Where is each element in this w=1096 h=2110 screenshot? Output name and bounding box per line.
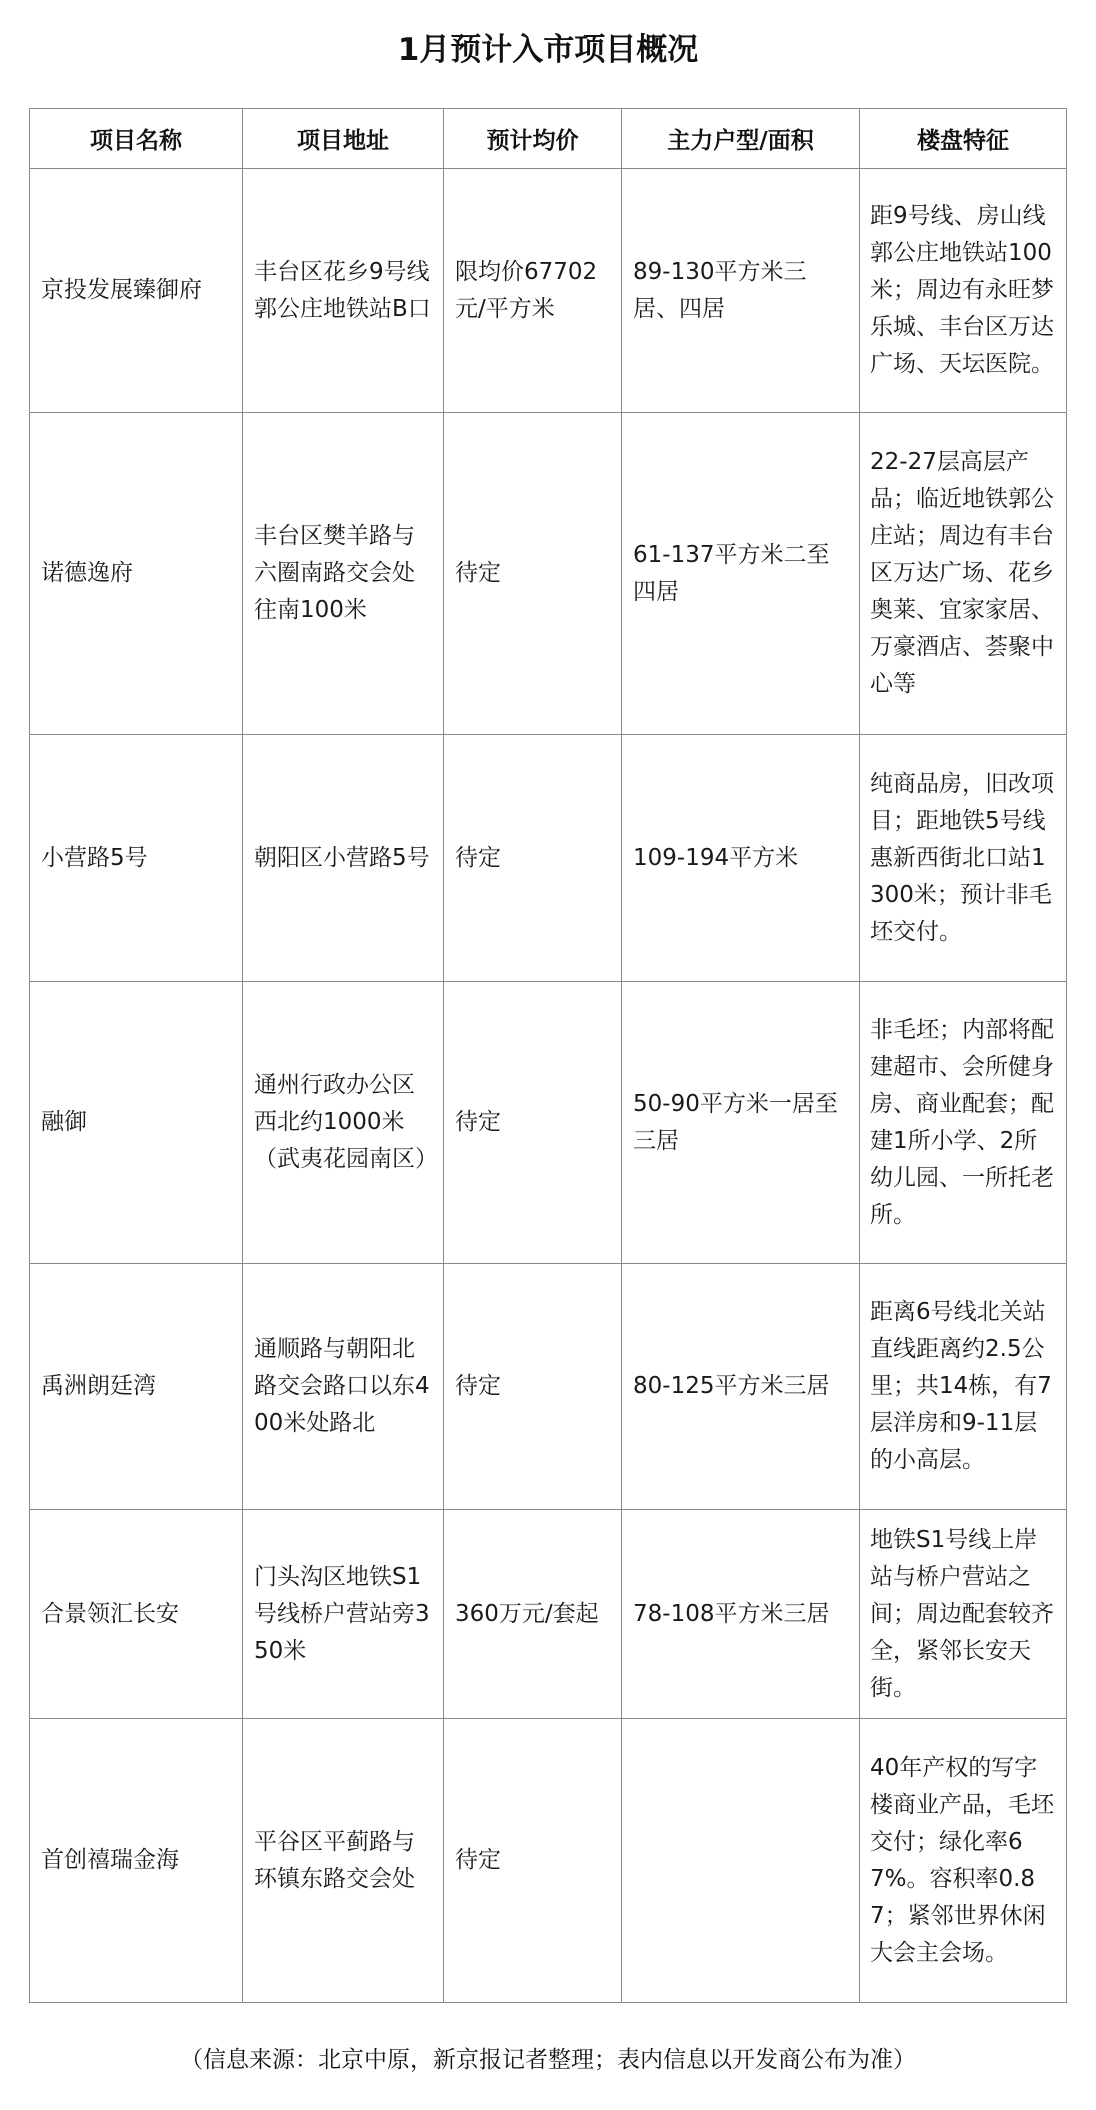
- table-row: 京投发展臻御府 丰台区花乡9号线郭公庄地铁站B口 限均价67702元/平方米 8…: [30, 169, 1067, 413]
- project-features: 40年产权的写字楼商业产品，毛坯交付；绿化率67%。容积率0.87；紧邻世界休闲…: [860, 1719, 1067, 2003]
- project-name: 融御: [30, 982, 243, 1264]
- project-price: 待定: [444, 982, 622, 1264]
- table-row: 小营路5号 朝阳区小营路5号 待定 109-194平方米 纯商品房，旧改项目；距…: [30, 735, 1067, 982]
- project-name: 京投发展臻御府: [30, 169, 243, 413]
- project-name: 诺德逸府: [30, 413, 243, 735]
- project-name: 小营路5号: [30, 735, 243, 982]
- table-row: 首创禧瑞金海 平谷区平蓟路与环镇东路交会处 待定 40年产权的写字楼商业产品，毛…: [30, 1719, 1067, 2003]
- project-address: 通州行政办公区西北约1000米（武夷花园南区）: [243, 982, 444, 1264]
- project-price: 待定: [444, 735, 622, 982]
- table-row: 禹洲朗廷湾 通顺路与朝阳北路交会路口以东400米处路北 待定 80-125平方米…: [30, 1264, 1067, 1510]
- page-title: 1月预计入市项目概况: [0, 26, 1096, 74]
- table-row: 诺德逸府 丰台区樊羊路与六圈南路交会处往南100米 待定 61-137平方米二至…: [30, 413, 1067, 735]
- project-price: 待定: [444, 413, 622, 735]
- project-features: 22-27层高层产品；临近地铁郭公庄站；周边有丰台区万达广场、花乡奥莱、宜家家居…: [860, 413, 1067, 735]
- project-layout: 50-90平方米一居至三居: [622, 982, 860, 1264]
- project-price: 待定: [444, 1264, 622, 1510]
- project-features: 地铁S1号线上岸站与桥户营站之间；周边配套较齐全，紧邻长安天街。: [860, 1510, 1067, 1719]
- project-layout: 109-194平方米: [622, 735, 860, 982]
- column-header-layout: 主力户型/面积: [622, 109, 860, 169]
- project-features: 距9号线、房山线郭公庄地铁站100米；周边有永旺梦乐城、丰台区万达广场、天坛医院…: [860, 169, 1067, 413]
- project-address: 丰台区樊羊路与六圈南路交会处往南100米: [243, 413, 444, 735]
- project-layout: 78-108平方米三居: [622, 1510, 860, 1719]
- source-note: （信息来源：北京中原，新京报记者整理；表内信息以开发商公布为准）: [0, 2040, 1096, 2080]
- column-header-features: 楼盘特征: [860, 109, 1067, 169]
- project-address: 通顺路与朝阳北路交会路口以东400米处路北: [243, 1264, 444, 1510]
- column-header-price: 预计均价: [444, 109, 622, 169]
- project-address: 朝阳区小营路5号: [243, 735, 444, 982]
- project-layout: 80-125平方米三居: [622, 1264, 860, 1510]
- project-features: 距离6号线北关站直线距离约2.5公里；共14栋，有7层洋房和9-11层的小高层。: [860, 1264, 1067, 1510]
- project-price: 限均价67702元/平方米: [444, 169, 622, 413]
- column-header-address: 项目地址: [243, 109, 444, 169]
- table-row: 融御 通州行政办公区西北约1000米（武夷花园南区） 待定 50-90平方米一居…: [30, 982, 1067, 1264]
- project-layout: [622, 1719, 860, 2003]
- project-layout: 61-137平方米二至四居: [622, 413, 860, 735]
- project-price: 待定: [444, 1719, 622, 2003]
- table-header-row: 项目名称 项目地址 预计均价 主力户型/面积 楼盘特征: [30, 109, 1067, 169]
- column-header-name: 项目名称: [30, 109, 243, 169]
- projects-table: 项目名称 项目地址 预计均价 主力户型/面积 楼盘特征 京投发展臻御府 丰台区花…: [29, 108, 1067, 2003]
- project-features: 非毛坯；内部将配建超市、会所健身房、商业配套；配建1所小学、2所幼儿园、一所托老…: [860, 982, 1067, 1264]
- table-row: 合景领汇长安 门头沟区地铁S1号线桥户营站旁350米 360万元/套起 78-1…: [30, 1510, 1067, 1719]
- project-layout: 89-130平方米三居、四居: [622, 169, 860, 413]
- project-features: 纯商品房，旧改项目；距地铁5号线惠新西街北口站1300米；预计非毛坯交付。: [860, 735, 1067, 982]
- project-address: 门头沟区地铁S1号线桥户营站旁350米: [243, 1510, 444, 1719]
- project-name: 禹洲朗廷湾: [30, 1264, 243, 1510]
- project-name: 合景领汇长安: [30, 1510, 243, 1719]
- project-address: 丰台区花乡9号线郭公庄地铁站B口: [243, 169, 444, 413]
- project-address: 平谷区平蓟路与环镇东路交会处: [243, 1719, 444, 2003]
- project-name: 首创禧瑞金海: [30, 1719, 243, 2003]
- project-price: 360万元/套起: [444, 1510, 622, 1719]
